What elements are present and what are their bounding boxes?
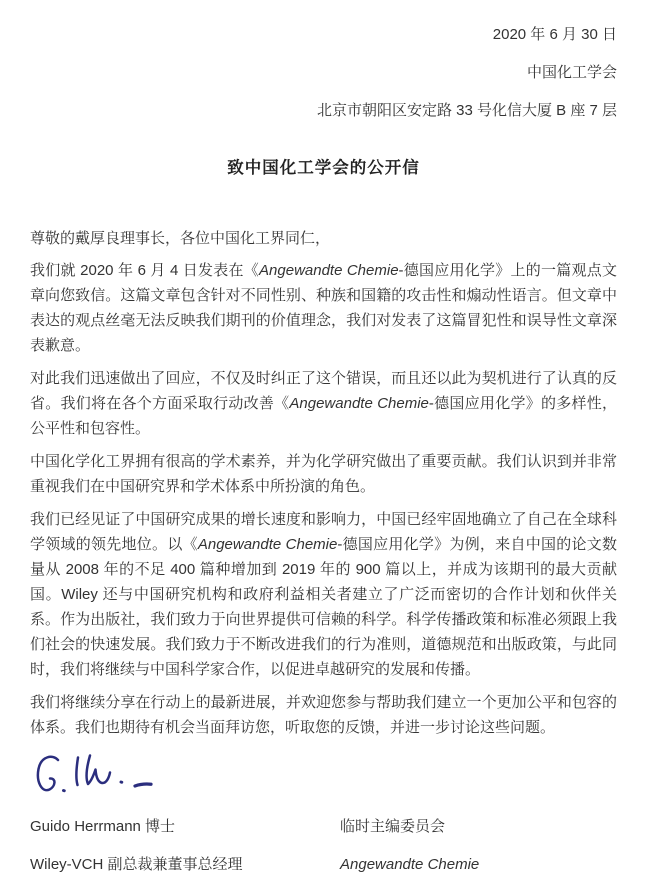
paragraph-3: 中国化学化工界拥有很高的学术素养，并为化学研究做出了重要贡献。我们认识到并非常重…	[30, 449, 617, 499]
recipient-address: 北京市朝阳区安定路 33 号化信大厦 B 座 7 层	[30, 92, 617, 130]
salutation: 尊敬的戴厚良理事长，各位中国化工界同仁，	[30, 226, 617, 251]
letter-header: 2020 年 6 月 30 日 中国化工学会 北京市朝阳区安定路 33 号化信大…	[30, 16, 617, 130]
recipient-org: 中国化工学会	[30, 54, 617, 92]
signature-row-1: Guido Herrmann 博士 临时主编委员会	[30, 815, 617, 839]
handwritten-signature-image	[32, 753, 617, 801]
signatory-name: Guido Herrmann 博士	[30, 815, 340, 839]
journal-name: Angewandte Chemie	[340, 853, 617, 877]
paragraph-2: 对此我们迅速做出了回应，不仅及时纠正了这个错误，而且还以此为契机进行了认真的反省…	[30, 366, 617, 441]
editorial-board-label: 临时主编委员会	[340, 815, 617, 839]
paragraph-1: 我们就 2020 年 6 月 4 日发表在《Angewandte Chemie-…	[30, 258, 617, 358]
letter-body: 我们就 2020 年 6 月 4 日发表在《Angewandte Chemie-…	[30, 258, 617, 740]
signature-block: Guido Herrmann 博士 临时主编委员会 Wiley-VCH 副总裁兼…	[30, 815, 617, 877]
letter-page: 2020 年 6 月 30 日 中国化工学会 北京市朝阳区安定路 33 号化信大…	[0, 0, 645, 878]
paragraph-5: 我们将继续分享在行动上的最新进展，并欢迎您参与帮助我们建立一个更加公平和包容的体…	[30, 690, 617, 740]
signatory-title: Wiley-VCH 副总裁兼董事总经理	[30, 853, 340, 877]
letter-date: 2020 年 6 月 30 日	[30, 16, 617, 54]
paragraph-4: 我们已经见证了中国研究成果的增长速度和影响力，中国已经牢固地确立了自己在全球科学…	[30, 507, 617, 682]
letter-title: 致中国化工学会的公开信	[30, 154, 617, 178]
signature-row-2: Wiley-VCH 副总裁兼董事总经理 Angewandte Chemie	[30, 853, 617, 877]
